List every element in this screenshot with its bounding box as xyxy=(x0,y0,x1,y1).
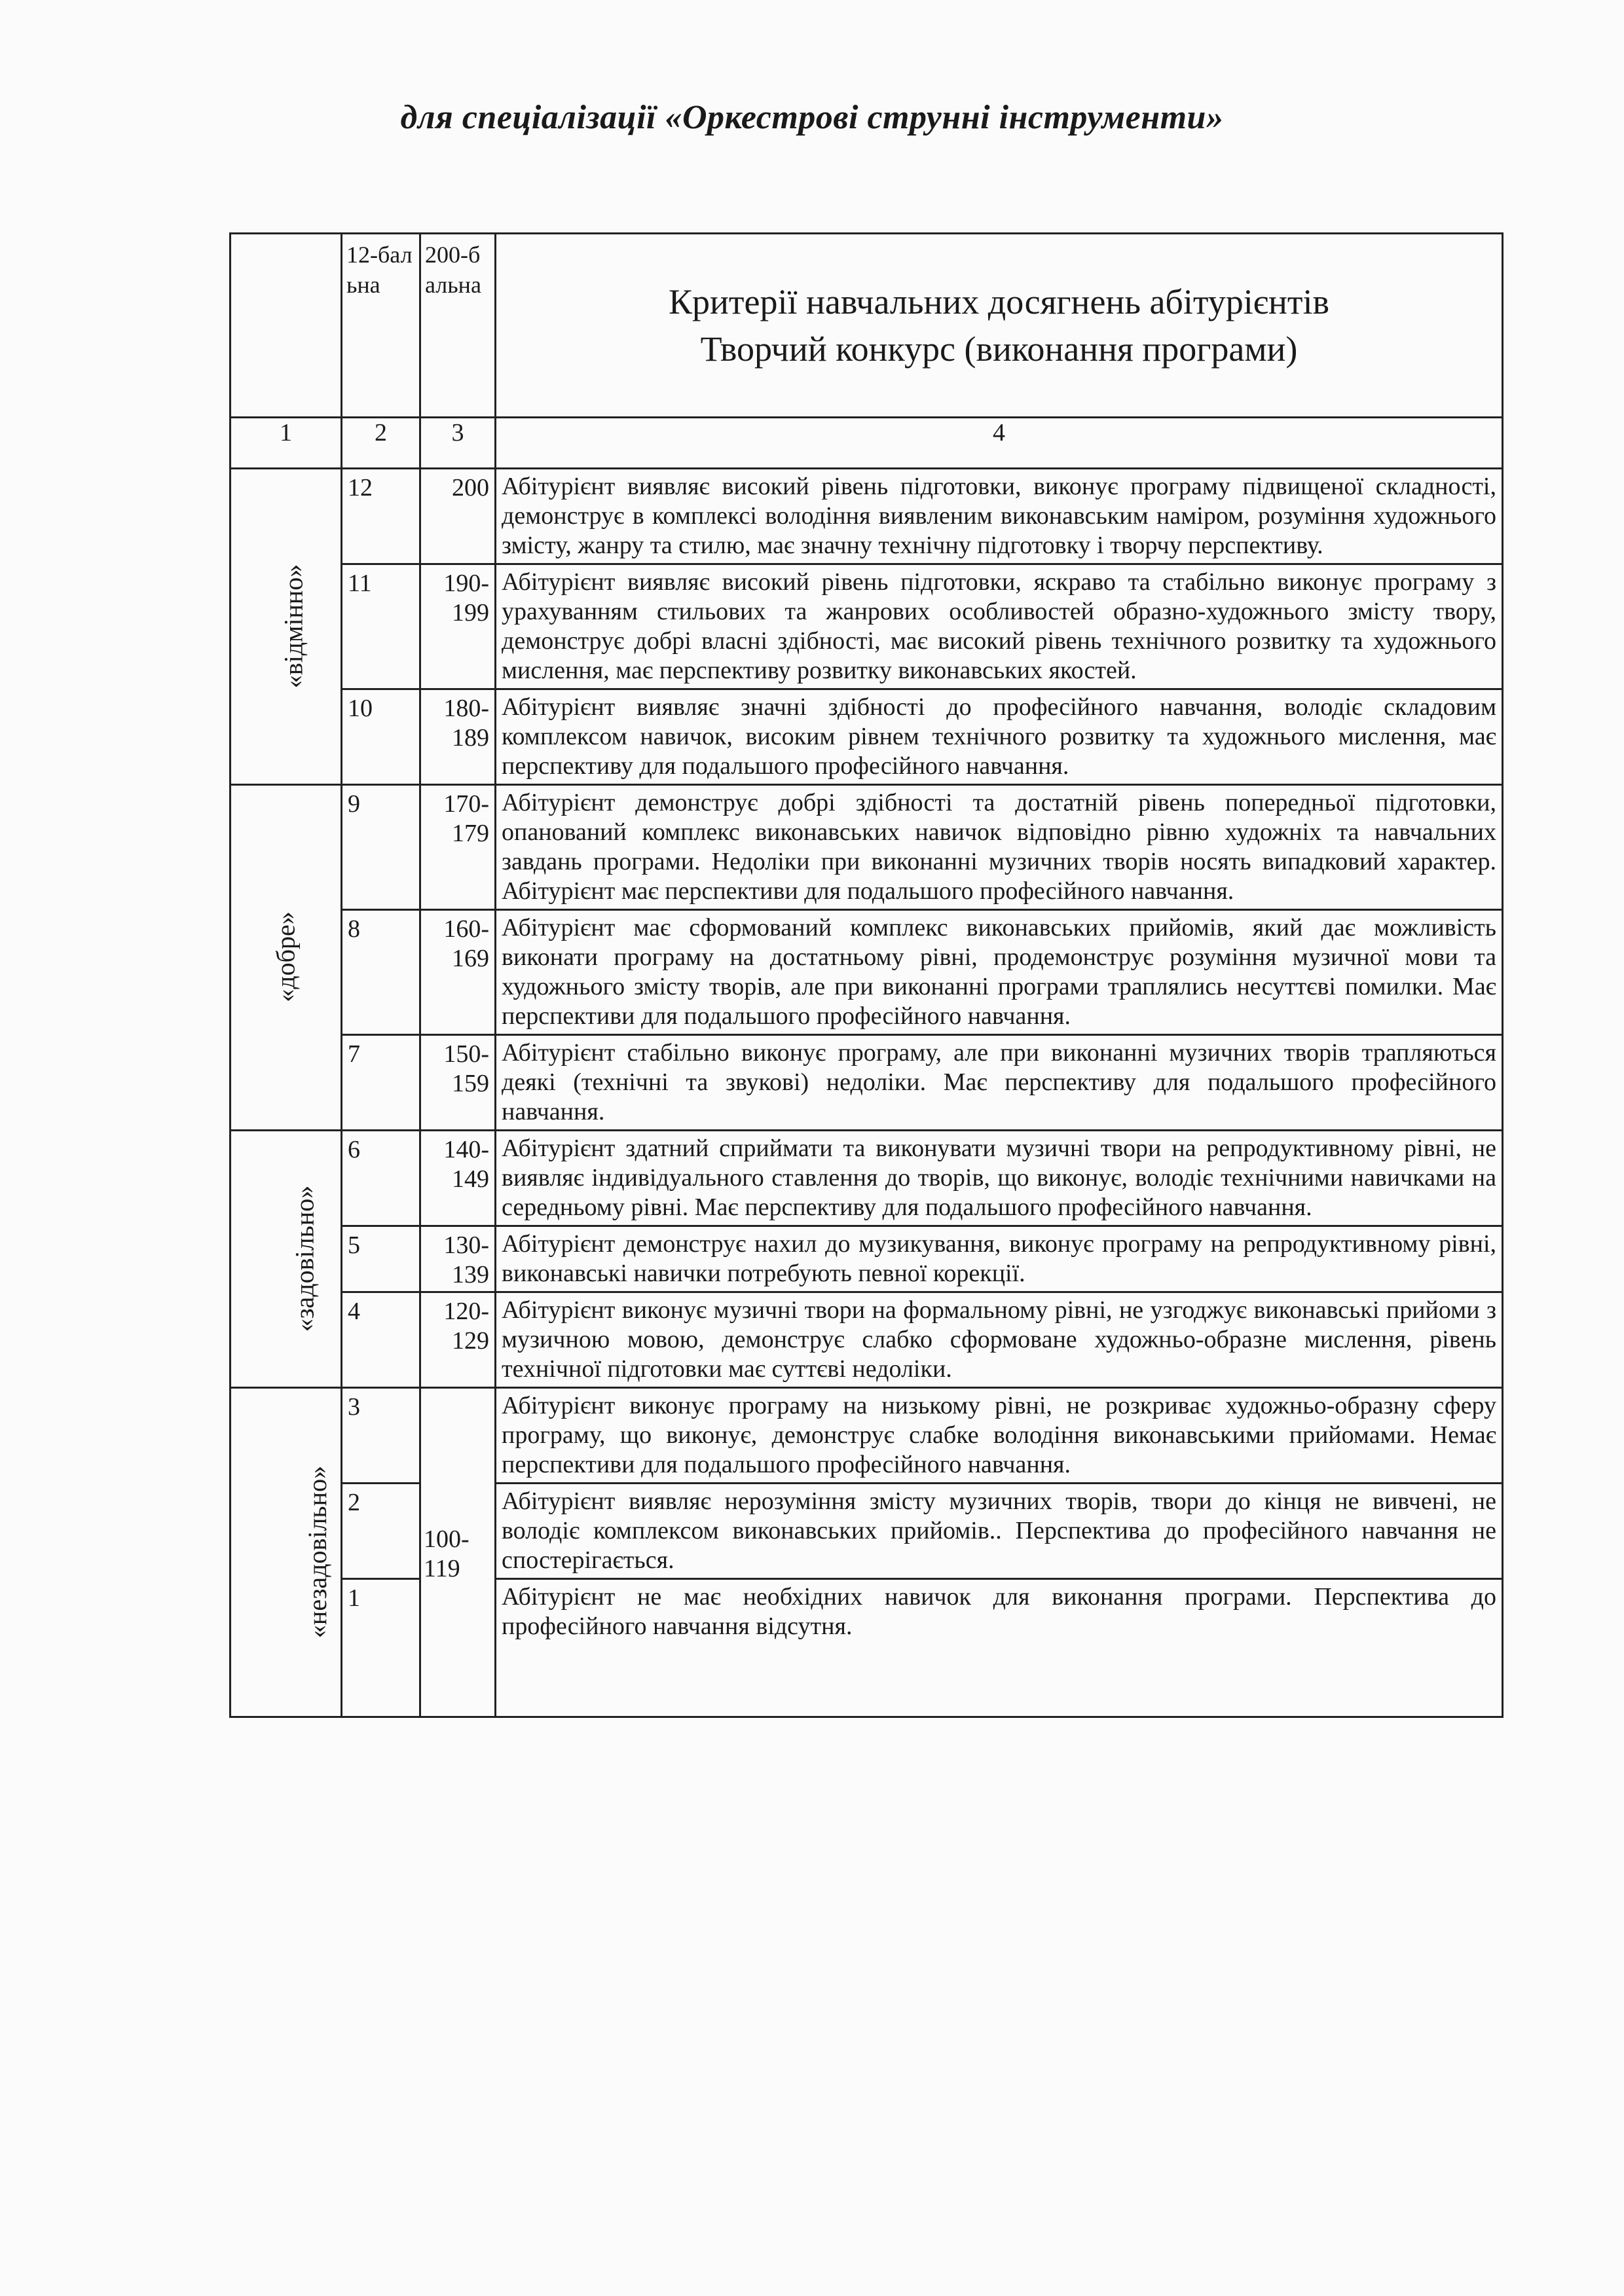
score-12: 11 xyxy=(342,564,420,689)
header-12-point: 12-бальна xyxy=(342,234,420,418)
table-row: 11 190-199 Абітурієнт виявляє високий рі… xyxy=(231,564,1503,689)
score-12: 6 xyxy=(342,1131,420,1226)
criteria-description: Абітурієнт виконує музичні твори на форм… xyxy=(496,1292,1503,1388)
score-12: 8 xyxy=(342,910,420,1035)
score-200: 120-129 xyxy=(420,1292,496,1388)
table-row: 5 130-139 Абітурієнт демонструє нахил до… xyxy=(231,1226,1503,1292)
criteria-description: Абітурієнт виконує програму на низькому … xyxy=(496,1388,1503,1484)
column-number: 3 xyxy=(420,418,496,469)
header-criteria: Критерії навчальних досягнень абітурієнт… xyxy=(496,234,1503,418)
criteria-table: 12-бальна 200-бальна Критерії навчальних… xyxy=(229,232,1504,1718)
criteria-description: Абітурієнт стабільно виконує програму, а… xyxy=(496,1035,1503,1131)
criteria-description: Абітурієнт здатний сприймати та виконува… xyxy=(496,1131,1503,1226)
score-200: 130-139 xyxy=(420,1226,496,1292)
criteria-description: Абітурієнт демонструє нахил до музикуван… xyxy=(496,1226,1503,1292)
column-number-row: 1 2 3 4 xyxy=(231,418,1503,469)
header-empty-cell xyxy=(231,234,342,418)
grade-band-satisfactory: «задовільно» xyxy=(231,1131,342,1388)
score-200-shared: 100-119 xyxy=(420,1388,496,1717)
score-200: 140-149 xyxy=(420,1131,496,1226)
criteria-description: Абітурієнт не має необхідних навичок для… xyxy=(496,1579,1503,1717)
table-row: «відмінно» 12 200 Абітурієнт виявляє вис… xyxy=(231,469,1503,564)
score-12: 5 xyxy=(342,1226,420,1292)
table-row: «задовільно» 6 140-149 Абітурієнт здатни… xyxy=(231,1131,1503,1226)
score-200: 200 xyxy=(420,469,496,564)
score-12: 7 xyxy=(342,1035,420,1131)
table-row: «добре» 9 170-179 Абітурієнт демонструє … xyxy=(231,785,1503,910)
grade-band-unsatisfactory: «незадовільно» xyxy=(231,1388,342,1717)
score-200: 150-159 xyxy=(420,1035,496,1131)
table-row: 4 120-129 Абітурієнт виконує музичні тво… xyxy=(231,1292,1503,1388)
score-12: 1 xyxy=(342,1579,420,1717)
score-12: 2 xyxy=(342,1484,420,1579)
score-12: 9 xyxy=(342,785,420,910)
page-title: для спеціалізації «Оркестрові струнні ін… xyxy=(0,98,1624,137)
criteria-description: Абітурієнт демонструє добрі здібності та… xyxy=(496,785,1503,910)
score-200: 160-169 xyxy=(420,910,496,1035)
column-number: 1 xyxy=(231,418,342,469)
header-200-point: 200-бальна xyxy=(420,234,496,418)
score-12: 4 xyxy=(342,1292,420,1388)
criteria-description: Абітурієнт виявляє високий рівень підгот… xyxy=(496,564,1503,689)
score-200: 170-179 xyxy=(420,785,496,910)
table-row: 7 150-159 Абітурієнт стабільно виконує п… xyxy=(231,1035,1503,1131)
table-row: «незадовільно» 3 100-119 Абітурієнт вико… xyxy=(231,1388,1503,1484)
header-criteria-line1: Критерії навчальних досягнень абітурієнт… xyxy=(496,278,1502,325)
score-200: 180-189 xyxy=(420,689,496,785)
criteria-description: Абітурієнт виявляє високий рівень підгот… xyxy=(496,469,1503,564)
score-200: 190-199 xyxy=(420,564,496,689)
criteria-description: Абітурієнт виявляє значні здібності до п… xyxy=(496,689,1503,785)
score-12: 10 xyxy=(342,689,420,785)
table-row: 10 180-189 Абітурієнт виявляє значні зді… xyxy=(231,689,1503,785)
header-criteria-line2: Творчий конкурс (виконання програми) xyxy=(496,325,1502,373)
score-12: 3 xyxy=(342,1388,420,1484)
grade-band-good: «добре» xyxy=(231,785,342,1131)
column-number: 2 xyxy=(342,418,420,469)
criteria-description: Абітурієнт має сформований комплекс вико… xyxy=(496,910,1503,1035)
column-number: 4 xyxy=(496,418,1503,469)
table-row: 8 160-169 Абітурієнт має сформований ком… xyxy=(231,910,1503,1035)
criteria-description: Абітурієнт виявляє нерозуміння змісту му… xyxy=(496,1484,1503,1579)
score-12: 12 xyxy=(342,469,420,564)
grade-band-excellent: «відмінно» xyxy=(231,469,342,785)
header-row: 12-бальна 200-бальна Критерії навчальних… xyxy=(231,234,1503,418)
